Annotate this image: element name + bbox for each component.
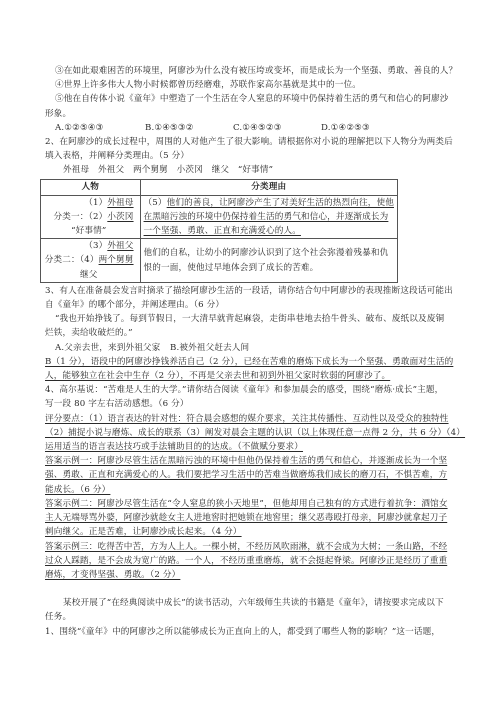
person-cell: （3）外祖父 分类二：（4）两个舅舅 继父 bbox=[41, 239, 141, 283]
q3-quote: “我也开始挣钱了。每到节假日，一大清早就背起麻袋，走街串巷地去拾牛骨头、破布、废… bbox=[45, 312, 415, 326]
answer: 继父 bbox=[44, 268, 134, 282]
answer: 小茨冈 bbox=[107, 212, 133, 222]
q3-prompt-cont: 自《童年》的哪个部分，并阐述理由。（6 分） bbox=[45, 298, 415, 312]
intro-item-5: ⑤他在自传体小说《童年》中塑造了一个生活在令人窒息的环境中仍保持着生活的勇气和信… bbox=[45, 92, 415, 106]
answer: 恨的一面，使他过早地体会到了成长的苦难。 bbox=[144, 261, 394, 275]
q2-prompt: 2、在阿廖沙的成长过程中，周围的人对他产生了很大影响。请根据你对小说的理解把以下… bbox=[45, 135, 415, 149]
q4-prompt: 4、高尔基说：“苦难是人生的大学。”请你结合阅读《童年》和参加晨会的感受，围绕“… bbox=[45, 383, 415, 397]
label: （1） bbox=[84, 198, 107, 208]
answer: 两个舅舅 bbox=[99, 255, 134, 265]
q3-options: A.父亲去世，来到外祖父家 B.被外祖父赶去人间 bbox=[45, 341, 415, 355]
section2-intro: 某校开展了“在经典阅读中成长”的读书活动，六年级师生共读的书籍是《童年》，请按要… bbox=[45, 596, 415, 610]
q4-example-3: 磨炼，才变得坚强、勇敢。（2 分） bbox=[45, 570, 180, 580]
label: 分类一：（2） bbox=[54, 212, 108, 222]
q4-example-2: 答案示例二：阿廖沙尽管生活在“令人窒息的狭小天地里”，但他却用自己独有的方式进行… bbox=[45, 497, 415, 511]
header-person: 人物 bbox=[41, 179, 141, 195]
section2-intro-cont: 任务。 bbox=[45, 610, 415, 624]
option-a: A.父亲去世，来到外祖父家 bbox=[55, 341, 170, 355]
q4-example-1: 强、勇敢、正直和充满爱心的人。我们要把学习生活中的苦难当做磨炼我们成长的磨刀石，… bbox=[45, 468, 415, 482]
q4-scoring: 运用适当的语言表达技巧或手法辅助目的的达成。（不做赋分要求） bbox=[45, 442, 303, 452]
reason-cell: 他们的自私，让幼小的阿廖沙认识到了这个社会弥漫着残暴和仇 恨的一面，使他过早地体… bbox=[140, 239, 397, 283]
spacer bbox=[45, 582, 415, 596]
q4-scoring: 评分要点：（1）语言表达的针对性：符合晨会感想的媒介要求，关注其传播性、互动性以… bbox=[45, 412, 415, 426]
label: （5） bbox=[144, 198, 167, 208]
q4-prompt-cont: 写一段 80 字左右活动感想。（6 分） bbox=[45, 397, 415, 411]
label: （3） bbox=[84, 241, 107, 251]
option-d: D.①④②⑤③ bbox=[321, 121, 411, 135]
q2-people-list: 外祖母 外祖父 两个舅舅 小茨冈 继父 “好事情” bbox=[45, 163, 415, 177]
answer: 外祖父 bbox=[107, 241, 133, 251]
q4-example-3: 过众人踩踏，是不会成为宽广的路。一个人，不经历重重磨炼，就不会挺起脊梁。阿廖沙正… bbox=[45, 554, 415, 568]
classification-table: 人物 分类理由 （1）外祖母 分类一：（2）小茨冈 “好事情” （5）他们的善良… bbox=[40, 179, 398, 283]
table-header-row: 人物 分类理由 bbox=[41, 179, 398, 195]
option-c: C.①④⑤②③ bbox=[233, 121, 321, 135]
answer: 他们的善良，让阿廖沙产生了对美好生活的热烈向往，使他 bbox=[167, 198, 394, 208]
q3-prompt: 3、有人在准备晨会发言时摘录了描绘阿廖沙生活的一段话，请你结合句中阿廖沙的表现推… bbox=[45, 284, 415, 298]
answer: “好事情” bbox=[44, 224, 134, 238]
answer: 外祖母 bbox=[107, 198, 133, 208]
header-reason: 分类理由 bbox=[140, 179, 397, 195]
section2-q1: 1、围绕“《童年》中的阿廖沙之所以能够成长为正直向上的人，都受到了哪些人物的影响… bbox=[45, 625, 415, 639]
reason-cell: （5）他们的善良，让阿廖沙产生了对美好生活的热烈向往，使他 在黑暗污浊的环境中仍… bbox=[140, 195, 397, 239]
q4-example-1: 能成长。（6 分） bbox=[45, 485, 110, 495]
option-b: B.被外祖父赶去人间 bbox=[170, 341, 260, 355]
intro-item-5-cont: 形象。 bbox=[45, 107, 415, 121]
intro-item-3: ③在如此艰难困苦的环境里，阿廖沙为什么没有被压垮或变坏，而是成长为一个坚强、勇敢… bbox=[45, 64, 415, 78]
q3-quote-cont: 烂铁，卖给收破烂的。” bbox=[45, 326, 415, 340]
person-cell: （1）外祖母 分类一：（2）小茨冈 “好事情” bbox=[41, 195, 141, 239]
table-row: （1）外祖母 分类一：（2）小茨冈 “好事情” （5）他们的善良，让阿廖沙产生了… bbox=[41, 195, 398, 239]
option-a: A.①②⑤④③ bbox=[55, 121, 145, 135]
label: 分类二：（4） bbox=[45, 255, 99, 265]
q3-answer-cont: 人，能够独立在社会中生存（2 分），不再是父亲去世和初到外祖父家时软弱的阿廖沙了… bbox=[45, 371, 390, 381]
answer: 在黑暗污浊的环境中仍保持着生活的勇气和信心，并逐渐成长为 bbox=[144, 210, 394, 224]
document-page: ③在如此艰难困苦的环境里，阿廖沙为什么没有被压垮或变坏，而是成长为一个坚强、勇敢… bbox=[45, 64, 415, 639]
q4-example-1: 答案示例一：阿廖沙尽管生活在黑暗污浊的环境中但他仍保持着生活的勇气和信心，并逐渐… bbox=[45, 454, 415, 468]
q4-example-2: 刺向继父。正是苦难，让阿廖沙成长起来。（4 分） bbox=[45, 527, 242, 537]
intro-item-4: ④世界上许多伟大人物小时候都曾历经磨难，苏联作家高尔基就是其中的一位。 bbox=[45, 78, 415, 92]
answer: 一个坚强、勇敢、正直和充满爱心的人。 bbox=[144, 226, 301, 236]
option-b: B.①④⑤③② bbox=[145, 121, 233, 135]
answer: 他们的自私，让幼小的阿廖沙认识到了这个社会弥漫着残暴和仇 bbox=[144, 246, 394, 260]
q3-answer: B（1 分），语段中的阿廖沙挣钱养活自己（2 分），已经在苦难的磨炼下成长为一个… bbox=[45, 355, 415, 369]
q4-scoring: （2）捕捉小说与磨炼、成长的联系（3）阐发对晨会主题的认识（以上体现任意一点得 … bbox=[45, 426, 415, 440]
q4-example-3: 答案示例三：吃得苦中苦，方为人上人。一棵小树，不经历风吹雨淋，就不会成为大树；一… bbox=[45, 540, 415, 554]
q2-prompt-cont: 填入表格，并阐释分类理由。（5 分） bbox=[45, 149, 415, 163]
q4-example-2: 主人无端辱骂外婆，阿廖沙就趁女主人进地窖时把她锁在地窖里；继父恶毒殴打母亲，阿廖… bbox=[45, 511, 415, 525]
q1-options: A.①②⑤④③ B.①④⑤③② C.①④⑤②③ D.①④②⑤③ bbox=[45, 121, 415, 135]
table-row: （3）外祖父 分类二：（4）两个舅舅 继父 他们的自私，让幼小的阿廖沙认识到了这… bbox=[41, 239, 398, 283]
